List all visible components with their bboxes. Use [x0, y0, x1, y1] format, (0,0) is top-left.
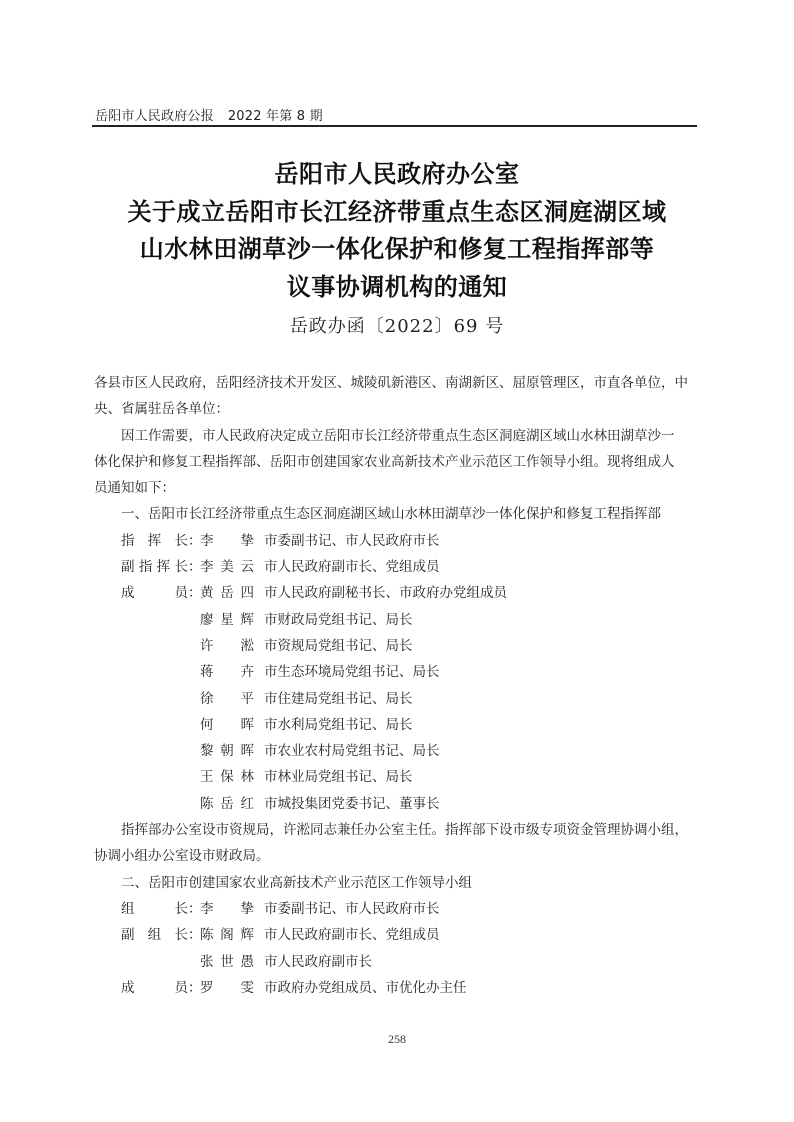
- role-colon: ：: [188, 528, 200, 554]
- role-colon: ：: [188, 975, 200, 1001]
- intro-line: 体化保护和修复工程指挥部、岳阳市创建国家农业高新技术产业示范区工作领导小组。现将…: [94, 449, 704, 475]
- role-spacer: [121, 949, 200, 975]
- member-name: 何晖: [200, 712, 254, 738]
- member-name: 许淞: [200, 633, 254, 659]
- member-name: 徐平: [200, 686, 254, 712]
- member-row: 指挥长：李挚市委副书记、市人民政府市长: [94, 528, 704, 554]
- document-number: 岳政办函〔2022〕69 号: [0, 312, 794, 338]
- member-title: 市林业局党组书记、局长: [254, 764, 413, 790]
- intro-line: 因工作需要，市人民政府决定成立岳阳市长江经济带重点生态区洞庭湖区域山水林田湖草沙…: [94, 423, 704, 449]
- member-name: 廖星辉: [200, 607, 254, 633]
- member-role: 成员: [121, 975, 188, 1001]
- member-row: 副组长：陈阁辉市人民政府副市长、党组成员: [94, 922, 704, 948]
- member-title: 市住建局党组书记、局长: [254, 686, 413, 712]
- member-title: 市城投集团党委书记、董事长: [254, 791, 440, 817]
- member-row: 徐平市住建局党组书记、局长: [94, 686, 704, 712]
- member-name: 陈岳红: [200, 791, 254, 817]
- member-name: 王保林: [200, 764, 254, 790]
- note-line: 协调小组办公室设市财政局。: [94, 843, 704, 869]
- document-body: 各县市区人民政府，岳阳经济技术开发区、城陵矶新港区、南湖新区、屈原管理区，市直各…: [94, 370, 704, 1001]
- member-name: 张世愚: [200, 949, 254, 975]
- section-heading: 二、岳阳市创建国家农业高新技术产业示范区工作领导小组: [94, 870, 704, 896]
- member-name: 陈阁辉: [200, 922, 254, 948]
- member-title: 市人民政府副市长、党组成员: [254, 554, 440, 580]
- member-row: 许淞市资规局党组书记、局长: [94, 633, 704, 659]
- member-title: 市资规局党组书记、局长: [254, 633, 413, 659]
- role-colon: ：: [188, 922, 200, 948]
- title-line: 议事协调机构的通知: [0, 268, 794, 306]
- role-spacer: [121, 659, 200, 685]
- member-role: 组长: [121, 896, 188, 922]
- member-title: 市委副书记、市人民政府市长: [254, 528, 440, 554]
- role-colon: ：: [188, 554, 200, 580]
- role-spacer: [121, 791, 200, 817]
- member-title: 市财政局党组书记、局长: [254, 607, 413, 633]
- member-row: 蒋卉市生态环境局党组书记、局长: [94, 659, 704, 685]
- member-row: 黎朝晖市农业农村局党组书记、局长: [94, 738, 704, 764]
- member-row: 张世愚市人民政府副市长: [94, 949, 704, 975]
- member-title: 市水利局党组书记、局长: [254, 712, 413, 738]
- member-name: 蒋卉: [200, 659, 254, 685]
- title-line: 山水林田湖草沙一体化保护和修复工程指挥部等: [0, 230, 794, 268]
- header-rule: [92, 125, 697, 127]
- member-title: 市生态环境局党组书记、局长: [254, 659, 440, 685]
- member-title: 市人民政府副市长: [254, 949, 372, 975]
- member-name: 李美云: [200, 554, 254, 580]
- publication-name: 岳阳市人民政府公报: [95, 109, 214, 124]
- role-spacer: [121, 686, 200, 712]
- page-header: 岳阳市人民政府公报2022 年第 8 期: [95, 105, 323, 124]
- title-line: 关于成立岳阳市长江经济带重点生态区洞庭湖区域: [0, 193, 794, 231]
- member-role: 成员: [121, 580, 188, 606]
- member-row: 成员：罗雯市政府办党组成员、市优化办主任: [94, 975, 704, 1001]
- member-row: 陈岳红市城投集团党委书记、董事长: [94, 791, 704, 817]
- role-colon: ：: [188, 580, 200, 606]
- role-spacer: [121, 738, 200, 764]
- issue-label: 2022 年第 8 期: [228, 109, 323, 124]
- section2-member-list: 组长：李挚市委副书记、市人民政府市长副组长：陈阁辉市人民政府副市长、党组成员张世…: [94, 896, 704, 1001]
- role-spacer: [121, 764, 200, 790]
- addressee-line: 央、省属驻岳各单位：: [94, 396, 704, 422]
- member-role: 副组长: [121, 922, 188, 948]
- member-row: 何晖市水利局党组书记、局长: [94, 712, 704, 738]
- member-title: 市人民政府副市长、党组成员: [254, 922, 440, 948]
- member-name: 黄岳四: [200, 580, 254, 606]
- role-spacer: [121, 633, 200, 659]
- section1-member-list: 指挥长：李挚市委副书记、市人民政府市长副指挥长：李美云市人民政府副市长、党组成员…: [94, 528, 704, 817]
- member-name: 李挚: [200, 896, 254, 922]
- member-name: 黎朝晖: [200, 738, 254, 764]
- note-line: 指挥部办公室设市资规局，许淞同志兼任办公室主任。指挥部下设市级专项资金管理协调小…: [94, 817, 704, 843]
- member-row: 廖星辉市财政局党组书记、局长: [94, 607, 704, 633]
- member-title: 市农业农村局党组书记、局长: [254, 738, 440, 764]
- member-title: 市委副书记、市人民政府市长: [254, 896, 440, 922]
- member-title: 市人民政府副秘书长、市政府办党组成员: [254, 580, 507, 606]
- member-row: 组长：李挚市委副书记、市人民政府市长: [94, 896, 704, 922]
- section-heading: 一、岳阳市长江经济带重点生态区洞庭湖区域山水林田湖草沙一体化保护和修复工程指挥部: [94, 501, 704, 527]
- role-colon: ：: [188, 896, 200, 922]
- member-row: 成员：黄岳四市人民政府副秘书长、市政府办党组成员: [94, 580, 704, 606]
- addressee-line: 各县市区人民政府，岳阳经济技术开发区、城陵矶新港区、南湖新区、屈原管理区，市直各…: [94, 370, 704, 396]
- intro-line: 员通知如下：: [94, 475, 704, 501]
- member-name: 罗雯: [200, 975, 254, 1001]
- page-number: 258: [0, 1032, 794, 1047]
- member-name: 李挚: [200, 528, 254, 554]
- role-spacer: [121, 607, 200, 633]
- title-line: 岳阳市人民政府办公室: [0, 155, 794, 193]
- member-role: 指挥长: [121, 528, 188, 554]
- member-row: 王保林市林业局党组书记、局长: [94, 764, 704, 790]
- member-title: 市政府办党组成员、市优化办主任: [254, 975, 467, 1001]
- document-title: 岳阳市人民政府办公室 关于成立岳阳市长江经济带重点生态区洞庭湖区域 山水林田湖草…: [0, 155, 794, 305]
- member-role: 副指挥长: [121, 554, 188, 580]
- member-row: 副指挥长：李美云市人民政府副市长、党组成员: [94, 554, 704, 580]
- role-spacer: [121, 712, 200, 738]
